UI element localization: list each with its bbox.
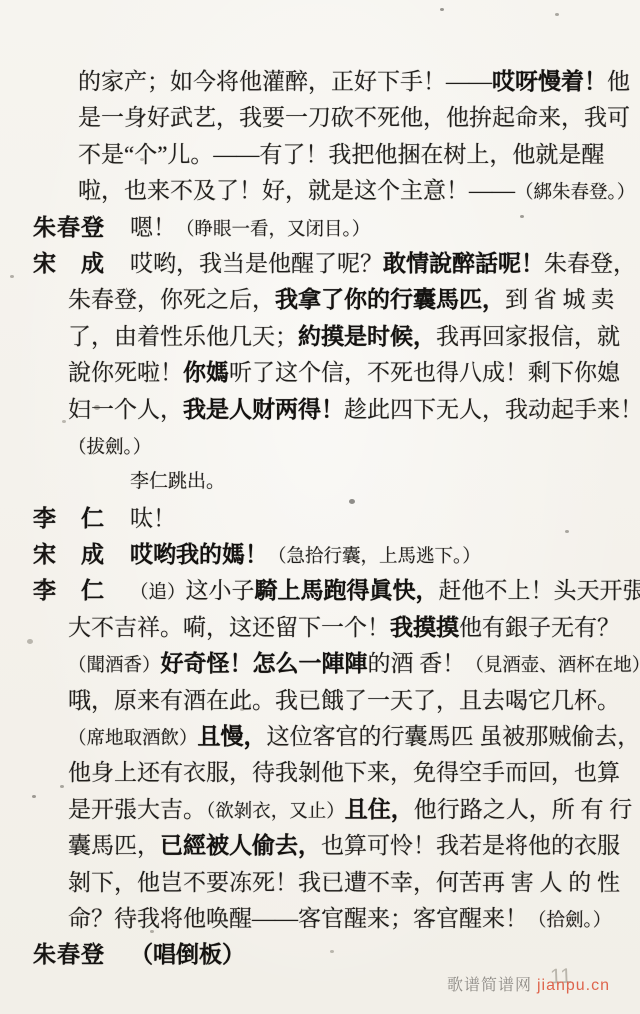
- line-text: 李仁跳出。: [130, 471, 225, 492]
- script-lines: 的家产；如今将他灌醉，正好下手！——哎呀慢着！他是一身好武艺，我要一刀砍不死他，…: [0, 64, 640, 974]
- dialogue-text: 命？待我将他唤醒——客官醒来；客官醒来！: [68, 906, 528, 931]
- line-text: 是一身好武艺，我要一刀砍不死他，他拚起命来，我可: [78, 105, 630, 130]
- dialogue-text: 他行路之人，所 有 行: [414, 797, 633, 822]
- script-line: 的家产；如今将他灌醉，正好下手！——哎呀慢着！他: [0, 64, 640, 100]
- dialogue-text: 是开張大吉。: [68, 797, 206, 822]
- script-line: （席地取酒飲）且慢，这位客官的行囊馬匹 虽被那贼偷去，: [0, 719, 640, 755]
- dialogue-text: 呔！: [130, 506, 176, 531]
- dialogue-text: 的酒 香！: [368, 651, 466, 676]
- script-line: （聞酒香）好奇怪！怎么一陣陣的酒 香！（見酒壶、酒杯在地）: [0, 646, 640, 682]
- emphasized-text: 哎哟我的媽！: [130, 542, 268, 567]
- emphasized-text: 我拿了你的行囊馬匹，: [275, 287, 505, 312]
- line-text: 是开張大吉。（欲剝衣，又止）且住，他行路之人，所 有 行: [68, 797, 632, 822]
- line-text: 呔！: [130, 506, 176, 531]
- speaker-name: 宋 成: [33, 537, 130, 573]
- dialogue-text: 朱春登，: [544, 251, 636, 276]
- script-line: 他身上还有衣服，待我剝他下来，免得空手而回，也算: [0, 755, 640, 791]
- stage-direction-text: （追）: [130, 583, 186, 603]
- script-line: 不是“个”儿。——有了！我把他捆在树上，他就是醒: [0, 137, 640, 173]
- stage-direction-text: （拾劍。）: [528, 911, 611, 931]
- dialogue-text: 哎哟，我当是他醒了呢？: [130, 251, 383, 276]
- script-line: 說你死啦！你媽听了这个信，不死也得八成！剩下你媳: [0, 355, 640, 391]
- line-text: 嗯！（睁眼一看，又闭目。）: [130, 215, 370, 240]
- line-text: 哦，原来有酒在此。我已餓了一天了，且去喝它几杯。: [68, 688, 620, 713]
- script-line: 李 仁（追）这小子騎上馬跑得眞快，赶他不上！头天开張，: [0, 573, 640, 609]
- script-line: 宋 成哎哟，我当是他醒了呢？敢情說醉話呢！朱春登，: [0, 246, 640, 282]
- dialogue-text: 到 省 城 卖: [505, 287, 614, 312]
- line-text: 不是“个”儿。——有了！我把他捆在树上，他就是醒: [78, 142, 604, 167]
- dialogue-text: 这小子: [186, 578, 255, 603]
- line-text: 命？待我将他唤醒——客官醒来；客官醒来！（拾劍。）: [68, 906, 611, 931]
- speaker-name: 朱春登: [33, 937, 130, 973]
- emphasized-text: 你媽: [183, 360, 229, 385]
- stage-direction-text: （睁眼一看，又闭目。）: [176, 220, 370, 240]
- line-text: （唱倒板）: [130, 942, 245, 967]
- line-text: （聞酒香）好奇怪！怎么一陣陣的酒 香！（見酒壶、酒杯在地）: [68, 651, 640, 676]
- script-line: （拔劍。）: [0, 428, 640, 464]
- script-line: 大不吉祥。嗬，这还留下一个！我摸摸他有銀子无有？: [0, 610, 640, 646]
- dialogue-text: 听了这个信，不死也得八成！剩下你媳: [229, 360, 620, 385]
- script-line: 了，由着性乐他几天；約摸是时候，我再回家报信，就: [0, 319, 640, 355]
- speaker-name: 朱春登: [33, 210, 130, 246]
- stage-direction-text: （欲剝衣，又止）: [206, 802, 345, 822]
- dialogue-text: 的家产；如今将他灌醉，正好下手！——: [78, 69, 492, 94]
- emphasized-text: 已經被人偷去，: [160, 833, 321, 858]
- line-text: 哎哟我的媽！（急拾行囊，上馬逃下。）: [130, 542, 481, 567]
- script-line: 朱春登嗯！（睁眼一看，又闭目。）: [0, 210, 640, 246]
- dialogue-text: 朱春登，你死之后，: [68, 287, 275, 312]
- script-line: 囊馬匹，已經被人偷去，也算可怜！我若是将他的衣服: [0, 828, 640, 864]
- dialogue-text: 剝下，他岂不要冻死！我已遭不幸，何苦再 害 人 的 性: [68, 870, 620, 895]
- script-line: 李 仁呔！: [0, 501, 640, 537]
- dialogue-text: 不是“个”儿。——有了！我把他捆在树上，他就是醒: [78, 142, 604, 167]
- line-text: 大不吉祥。嗬，这还留下一个！我摸摸他有銀子无有？: [68, 615, 620, 640]
- dialogue-text: 是一身好武艺，我要一刀砍不死他，他拚起命来，我可: [78, 105, 630, 130]
- emphasized-text: 敢情說醉話呢！: [383, 251, 544, 276]
- emphasized-text: 騎上馬跑得眞快，: [255, 578, 439, 603]
- line-text: 朱春登，你死之后，我拿了你的行囊馬匹，到 省 城 卖: [68, 287, 614, 312]
- stage-direction-text: （見酒壶、酒杯在地）: [465, 656, 640, 676]
- line-text: 說你死啦！你媽听了这个信，不死也得八成！剩下你媳: [68, 360, 620, 385]
- dialogue-text: 他身上还有衣服，待我剝他下来，免得空手而回，也算: [68, 760, 620, 785]
- watermark: 歌谱简谱网jianpu.cn: [447, 972, 610, 995]
- emphasized-text: 且住，: [345, 797, 414, 822]
- emphasized-text: 約摸是时候，: [298, 324, 436, 349]
- line-text: 囊馬匹，已經被人偷去，也算可怜！我若是将他的衣服: [68, 833, 620, 858]
- script-line: 是开張大吉。（欲剝衣，又止）且住，他行路之人，所 有 行: [0, 792, 640, 828]
- dialogue-text: 了，由着性乐他几天；: [68, 324, 298, 349]
- emphasized-text: （唱倒板）: [130, 942, 245, 967]
- line-text: 哎哟，我当是他醒了呢？敢情說醉話呢！朱春登，: [130, 251, 636, 276]
- script-line: 宋 成哎哟我的媽！（急拾行囊，上馬逃下。）: [0, 537, 640, 573]
- speaker-name: 宋 成: [33, 246, 130, 282]
- line-text: 他身上还有衣服，待我剝他下来，免得空手而回，也算: [68, 760, 620, 785]
- scan-noise-speckles: [440, 8, 444, 11]
- speaker-name: 李 仁: [33, 501, 130, 537]
- dialogue-text: 他有銀子无有？: [459, 615, 620, 640]
- dialogue-text: 說你死啦！: [68, 360, 183, 385]
- emphasized-text: 我摸摸: [390, 615, 459, 640]
- script-line: 妇一个人，我是人财两得！趁此四下无人，我动起手来！: [0, 392, 640, 428]
- line-text: （拔劍。）: [68, 433, 151, 458]
- line-text: 的家产；如今将他灌醉，正好下手！——哎呀慢着！他: [78, 69, 630, 94]
- stage-direction-text: （綁朱春登。）: [515, 183, 635, 203]
- line-text: （席地取酒飲）且慢，这位客官的行囊馬匹 虽被那贼偷去，: [68, 724, 640, 749]
- script-line: 朱春登（唱倒板）: [0, 937, 640, 973]
- emphasized-text: 且慢，: [198, 724, 267, 749]
- line-text: 啦，也来不及了！好，就是这个主意！——（綁朱春登。）: [78, 178, 635, 203]
- dialogue-text: 嗯！: [130, 215, 176, 240]
- script-line: 是一身好武艺，我要一刀砍不死他，他拚起命来，我可: [0, 100, 640, 136]
- line-text: 剝下，他岂不要冻死！我已遭不幸，何苦再 害 人 的 性: [68, 870, 620, 895]
- script-line: 命？待我将他唤醒——客官醒来；客官醒来！（拾劍。）: [0, 901, 640, 937]
- dialogue-text: 大不吉祥。嗬，这还留下一个！: [68, 615, 390, 640]
- stage-direction-text: （急拾行囊，上馬逃下。）: [268, 547, 481, 567]
- scanned-script-page: 的家产；如今将他灌醉，正好下手！——哎呀慢着！他是一身好武艺，我要一刀砍不死他，…: [0, 0, 640, 1014]
- emphasized-text: 哎呀慢着！: [492, 69, 607, 94]
- stage-direction-text: （席地取酒飲）: [68, 729, 198, 749]
- dialogue-text: 也算可怜！我若是将他的衣服: [321, 833, 620, 858]
- dialogue-text: 妇一个人，: [68, 397, 183, 422]
- stage-direction-text: （聞酒香）: [68, 656, 161, 676]
- stage-direction-text: （拔劍。）: [68, 438, 151, 458]
- dialogue-text: 哦，原来有酒在此。我已餓了一天了，且去喝它几杯。: [68, 688, 620, 713]
- dialogue-text: 趁此四下无人，我动起手来！: [344, 397, 640, 422]
- watermark-site-name: 歌谱简谱网: [447, 977, 532, 994]
- dialogue-text: 他: [607, 69, 630, 94]
- dialogue-text: 啦，也来不及了！好，就是这个主意！——: [78, 178, 515, 203]
- script-line: 朱春登，你死之后，我拿了你的行囊馬匹，到 省 城 卖: [0, 282, 640, 318]
- dialogue-text: 囊馬匹，: [68, 833, 160, 858]
- emphasized-text: 好奇怪！怎么一陣陣: [161, 651, 368, 676]
- line-text: 妇一个人，我是人财两得！趁此四下无人，我动起手来！: [68, 397, 640, 422]
- dialogue-text: 我再回家报信，就: [436, 324, 620, 349]
- script-line: 哦，原来有酒在此。我已餓了一天了，且去喝它几杯。: [0, 683, 640, 719]
- script-line: 剝下，他岂不要冻死！我已遭不幸，何苦再 害 人 的 性: [0, 865, 640, 901]
- script-line: 李仁跳出。: [0, 464, 640, 500]
- script-line: 啦，也来不及了！好，就是这个主意！——（綁朱春登。）: [0, 173, 640, 209]
- line-text: （追）这小子騎上馬跑得眞快，赶他不上！头天开張，: [130, 578, 640, 603]
- dialogue-text: 这位客官的行囊馬匹 虽被那贼偷去，: [267, 724, 640, 749]
- line-text: 了，由着性乐他几天；約摸是时候，我再回家报信，就: [68, 324, 620, 349]
- dialogue-text: 李仁跳出。: [130, 471, 225, 492]
- speaker-name: 李 仁: [33, 573, 130, 609]
- emphasized-text: 我是人财两得！: [183, 397, 344, 422]
- watermark-site-url: jianpu.cn: [537, 977, 610, 994]
- dialogue-text: 赶他不上！头天开張，: [439, 578, 640, 603]
